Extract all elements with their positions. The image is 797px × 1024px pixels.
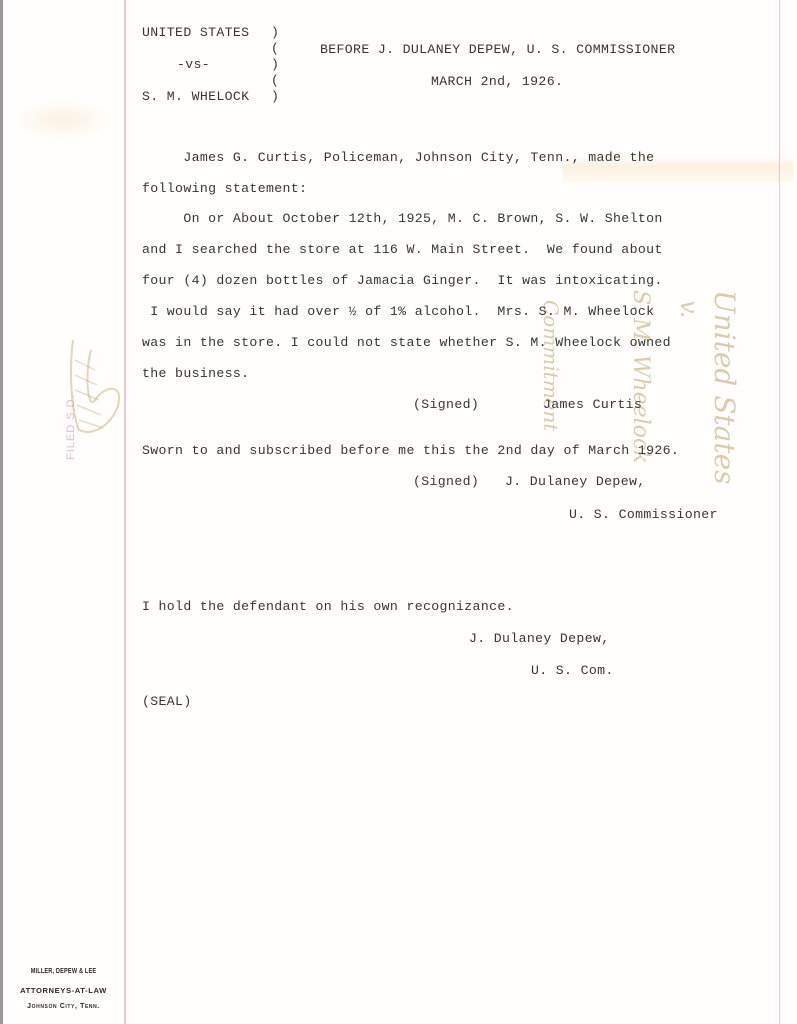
seal-marker: (SEAL) [142, 694, 192, 710]
paper-stain [13, 100, 113, 140]
signature-name: James Curtis [543, 397, 642, 413]
letterhead-profession: ATTORNEYS-AT-LAW [3, 986, 124, 995]
order-signer-name: J. Dulaney Depew, [469, 631, 609, 647]
heading-before: BEFORE J. DULANEY DEPEW, U. S. COMMISSIO… [320, 42, 675, 58]
caption-bracket: ( [271, 41, 279, 57]
signed-label: (Signed) [413, 474, 479, 490]
caption-versus: -vs- [177, 57, 210, 73]
commissioner-name: J. Dulaney Depew, [505, 474, 645, 490]
statement-line: following statement: [142, 181, 307, 197]
caption-bracket: ) [271, 25, 279, 41]
signed-label: (Signed) [413, 397, 479, 413]
statement-line: I would say it had over ½ of 1% alcohol.… [142, 304, 654, 320]
right-margin-line [779, 0, 780, 1024]
sworn-statement: Sworn to and subscribed before me this t… [142, 443, 679, 459]
caption-bracket: ) [271, 89, 279, 105]
caption-bracket: ( [271, 73, 279, 89]
caption-plaintiff: UNITED STATES [142, 25, 249, 41]
statement-line: was in the store. I could not state whet… [142, 335, 671, 351]
statement-line: the business. [142, 366, 249, 382]
letterhead-location: Johnson City, Tenn. [3, 1003, 124, 1010]
statement-line: and I searched the store at 116 W. Main … [142, 242, 663, 258]
statement-line: On or About October 12th, 1925, M. C. Br… [142, 211, 663, 227]
statement-line: four (4) dozen bottles of Jamacia Ginger… [142, 273, 663, 289]
caption-defendant: S. M. WHELOCK [142, 89, 249, 105]
commissioner-title: U. S. Commissioner [569, 507, 718, 523]
letterhead-firm: MILLER, DEPEW & LEE [15, 968, 112, 975]
scribble-mark [65, 330, 125, 440]
order-text: I hold the defendant on his own recogniz… [142, 599, 514, 615]
heading-date: MARCH 2nd, 1926. [431, 74, 563, 90]
order-signer-title: U. S. Com. [531, 663, 614, 679]
caption-bracket: ) [271, 57, 279, 73]
left-margin-line [124, 0, 126, 1024]
statement-line: James G. Curtis, Policeman, Johnson City… [142, 150, 654, 166]
document-page: United States v. S. M. Wheelock Commitme… [0, 0, 797, 1024]
handwritten-endorsement: United States [708, 290, 741, 485]
handwritten-endorsement: v. [675, 300, 703, 318]
